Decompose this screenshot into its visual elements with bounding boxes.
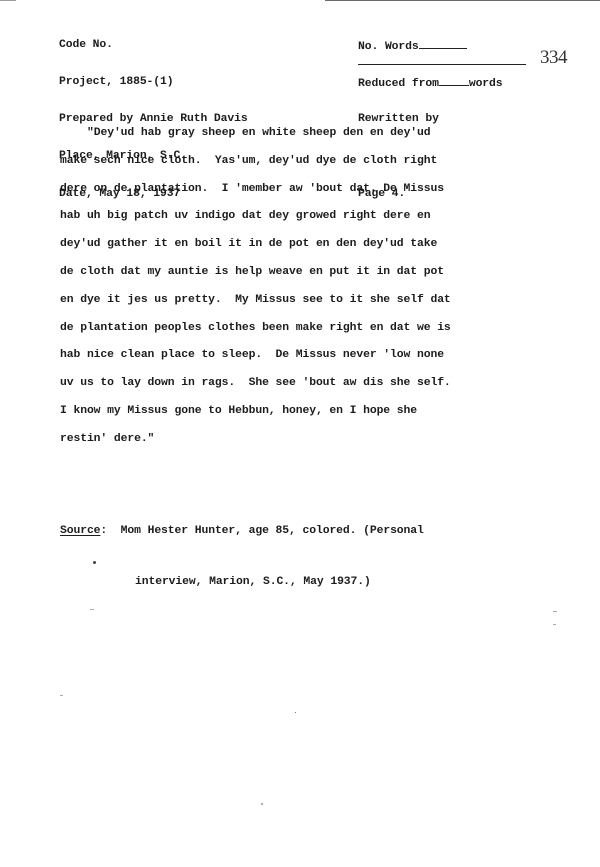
no-words-field: No. Words [358,39,503,51]
narrative-line: de cloth dat my auntie is help weave en … [60,259,540,287]
reduced-from-label: Reduced from [358,78,439,90]
narrative-line: uv us to lay down in rags. She see 'bout… [60,370,540,398]
ink-speck [60,695,63,696]
narrative-line: I know my Missus gone to Hebbun, honey, … [60,398,540,426]
narrative-line: restin' dere." [60,426,540,454]
ink-speck [295,712,296,713]
ink-speck [553,624,556,625]
ink-speck [90,609,94,610]
words-suffix: words [469,78,503,90]
source-label: Source [60,525,100,537]
document-page: Code No. Project, 1885-(1) Prepared by A… [0,0,600,867]
narrative-line: "Dey'ud hab gray sheep en white sheep de… [60,120,540,148]
source-line-1: Source: Mom Hester Hunter, age 85, color… [60,518,424,545]
scan-edge-mark [0,0,16,1]
narrative-line: dere on de plantation. I 'member aw 'bou… [60,176,540,204]
no-words-blank [419,39,467,49]
reduced-from-blank [439,76,469,86]
narrative-line: dey'ud gather it en boil it in de pot en… [60,231,540,259]
source-citation: Source: Mom Hester Hunter, age 85, color… [60,494,424,620]
narrative-line: hab nice clean place to sleep. De Missus… [60,342,540,370]
reduced-from-field: Reduced fromwords [358,76,503,88]
project: Project, 1885-(1) [59,76,248,88]
interview-narrative: "Dey'ud hab gray sheep en white sheep de… [60,120,540,454]
scan-top-edge [0,0,600,2]
narrative-line: make sech nice cloth. Yas'um, dey'ud dye… [60,148,540,176]
ink-speck [261,803,263,805]
scan-edge-mark [325,0,600,1]
code-no: Code No. [59,39,248,51]
source-line-2: interview, Marion, S.C., May 1937.) [60,569,424,596]
ink-speck [553,611,557,612]
narrative-line: hab uh big patch uv indigo dat dey growe… [60,203,540,231]
stamped-page-number: 334 [540,47,567,69]
no-words-label: No. Words [358,41,419,53]
rewritten-by-signature-line [358,64,526,65]
narrative-line: en dye it jes us pretty. My Missus see t… [60,287,540,315]
ink-speck [93,561,96,564]
source-text-1: Mom Hester Hunter, age 85, colored. (Per… [107,525,424,537]
narrative-line: de plantation peoples clothes been make … [60,315,540,343]
